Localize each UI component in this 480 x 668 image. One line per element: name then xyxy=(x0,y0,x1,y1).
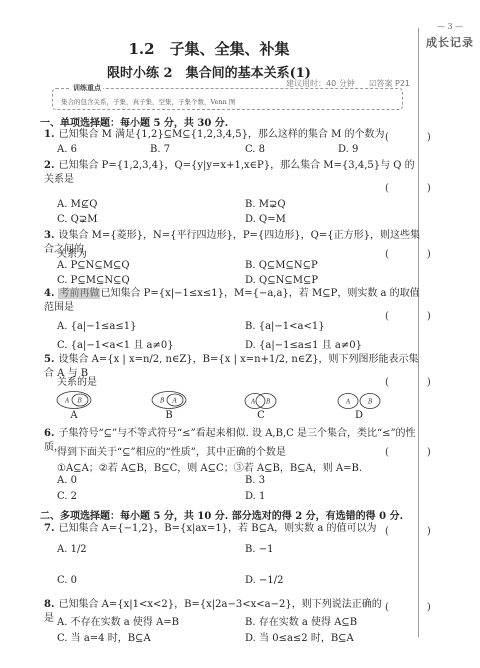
venn-disjoint: A B xyxy=(337,392,381,410)
answer-reference: ☑答案 P21 xyxy=(369,79,410,88)
question-stem: 已知集合 P={x|−1≤x≤1}，M={−a,a}，若 M⊆P，则实数 a 的… xyxy=(44,288,420,313)
option: B. 7 xyxy=(150,144,170,155)
section-title: 1.2 子集、全集、补集 xyxy=(0,38,418,59)
option: A. M⊈Q xyxy=(57,199,97,210)
option: A. 0 xyxy=(57,475,77,486)
question-stem-continued: 得到下面关于“⊆”相应的“性质”，其中正确的个数是 xyxy=(57,443,286,458)
option: B. −1 xyxy=(245,544,273,555)
answer-blank: ( ) xyxy=(385,598,445,613)
question-7: 7.已知集合 A={−1,2}，B={x|ax=1}，若 B⊆A，则实数 a 的… xyxy=(44,522,404,536)
venn-label: B xyxy=(159,410,179,421)
question-stem-continued: 关系的是 xyxy=(57,373,97,388)
key-points-text: 集合的包含关系，子集，真子集，空集，子集个数，Venn 图 xyxy=(61,97,235,106)
svg-text:B: B xyxy=(159,398,165,405)
question-5: 5.设集合 A={x | x=n/2, n∈Z}，B={x | x=n+1/2,… xyxy=(44,353,424,381)
answer-blank: ( ) xyxy=(385,522,445,537)
option: B. M⊋Q xyxy=(245,199,286,210)
option: C. 8 xyxy=(245,144,265,155)
answer-blank: ( ) xyxy=(385,443,445,458)
answer-blank: ( ) xyxy=(385,245,445,260)
review-tag: 考前再做 xyxy=(58,288,100,299)
question-3: 3.设集合 M={菱形}，N={平行四边形}，P={四边形}，Q={正方形}，则… xyxy=(44,229,424,257)
svg-text:A: A xyxy=(345,399,351,406)
answer-blank: ( ) xyxy=(385,307,445,322)
venn-a-contains-b: A B xyxy=(56,390,92,410)
svg-text:B: B xyxy=(367,399,373,406)
option: C. Q⊋M xyxy=(57,214,97,225)
question-stem-continued: 关系为 xyxy=(57,245,87,260)
question-stem: 设集合 M={菱形}，N={平行四边形}，P={四边形}，Q={正方形}，则这些… xyxy=(44,230,420,255)
venn-label: D xyxy=(349,410,369,421)
option: B. 3 xyxy=(245,475,265,486)
option: D. {a|−1≤a≤1 且 a≠0} xyxy=(245,336,362,351)
option: D. Q=M xyxy=(245,214,286,225)
option: C. {a|−1<a<1 且 a≠0} xyxy=(57,336,174,351)
option: A. {a|−1≤a≤1} xyxy=(57,321,136,332)
part-heading: 二、多项选择题：每小题 5 分，共 10 分. 部分选对的得 2 分，有选错的得… xyxy=(40,507,403,522)
option: D. 当 0≤a≤2 时，B⊆A xyxy=(245,629,354,644)
question-2: 2.已知集合 P={1,2,3,4}，Q={y|y=x+1,x∈P}，那么集合 … xyxy=(44,159,424,187)
option: A. 不存在实数 a 使得 A=B xyxy=(57,613,179,628)
option: B. 存在实数 a 使得 A⊆B xyxy=(245,613,357,628)
option: C. 0 xyxy=(57,575,77,586)
part-heading: 一、单项选择题：每小题 5 分，共 30 分. xyxy=(40,114,228,129)
option: B. Q⊆M⊆N⊆P xyxy=(245,260,318,271)
option: C. 当 a=4 时，B⊆A xyxy=(57,629,151,644)
question-stem: 已知集合 P={1,2,3,4}，Q={y|y=x+1,x∈P}，那么集合 M=… xyxy=(44,160,415,185)
option: D. 9 xyxy=(338,144,358,155)
question-1: 1.已知集合 M 满足{1,2}⊆M⊆{1,2,3,4,5}，那么这样的集合 M… xyxy=(44,128,404,142)
venn-label: A xyxy=(64,410,84,421)
suggested-time: 建议用时：40 分钟 xyxy=(286,79,355,88)
option: A. P⊆N⊆M⊆Q xyxy=(57,260,130,271)
option: A. 6 xyxy=(57,144,77,155)
option: A. 1/2 xyxy=(57,544,87,555)
page-number: — 3 — xyxy=(420,22,480,31)
venn-overlap: A B xyxy=(244,392,278,410)
svg-text:B: B xyxy=(77,398,83,405)
question-stem: 设集合 A={x | x=n/2, n∈Z}，B={x | x=n+1/2, n… xyxy=(44,354,419,379)
key-points-label: 训练重点 xyxy=(71,83,103,93)
svg-text:A: A xyxy=(172,398,178,405)
sidebar-title: 成长记录 xyxy=(420,34,480,50)
answer-blank: ( ) xyxy=(385,179,445,194)
option: C. P⊆M⊆N⊆Q xyxy=(57,275,130,286)
option: C. 2 xyxy=(57,491,77,502)
venn-label: C xyxy=(251,410,271,421)
key-points-box: 训练重点 集合的包含关系，子集，真子集，空集，子集个数，Venn 图 xyxy=(52,88,403,110)
answer-blank: ( ) xyxy=(385,128,445,143)
question-4: 4.考前再做已知集合 P={x|−1≤x≤1}，M={−a,a}，若 M⊆P，则… xyxy=(44,287,424,315)
option: B. {a|−1<a<1} xyxy=(245,321,325,332)
svg-text:B: B xyxy=(265,399,271,406)
question-stem: 已知集合 M 满足{1,2}⊆M⊆{1,2,3,4,5}，那么这样的集合 M 的… xyxy=(58,129,384,140)
margin-divider xyxy=(418,28,419,637)
answer-blank: ( ) xyxy=(385,373,445,388)
question-stem: 已知集合 A={−1,2}，B={x|ax=1}，若 B⊆A，则实数 a 的值可… xyxy=(58,523,376,534)
venn-b-contains-a: B A xyxy=(151,390,187,410)
option: D. Q⊆N⊆M⊆P xyxy=(245,275,318,286)
option: D. −1/2 xyxy=(245,575,284,586)
option: D. 1 xyxy=(245,491,265,502)
svg-text:A: A xyxy=(64,398,70,405)
question-statements: ①A⊆A；②若 A⊆B，B⊆C，则 A⊆C；③若 A⊆B，B⊆A，则 A=B. xyxy=(57,459,362,474)
svg-text:A: A xyxy=(250,399,256,406)
